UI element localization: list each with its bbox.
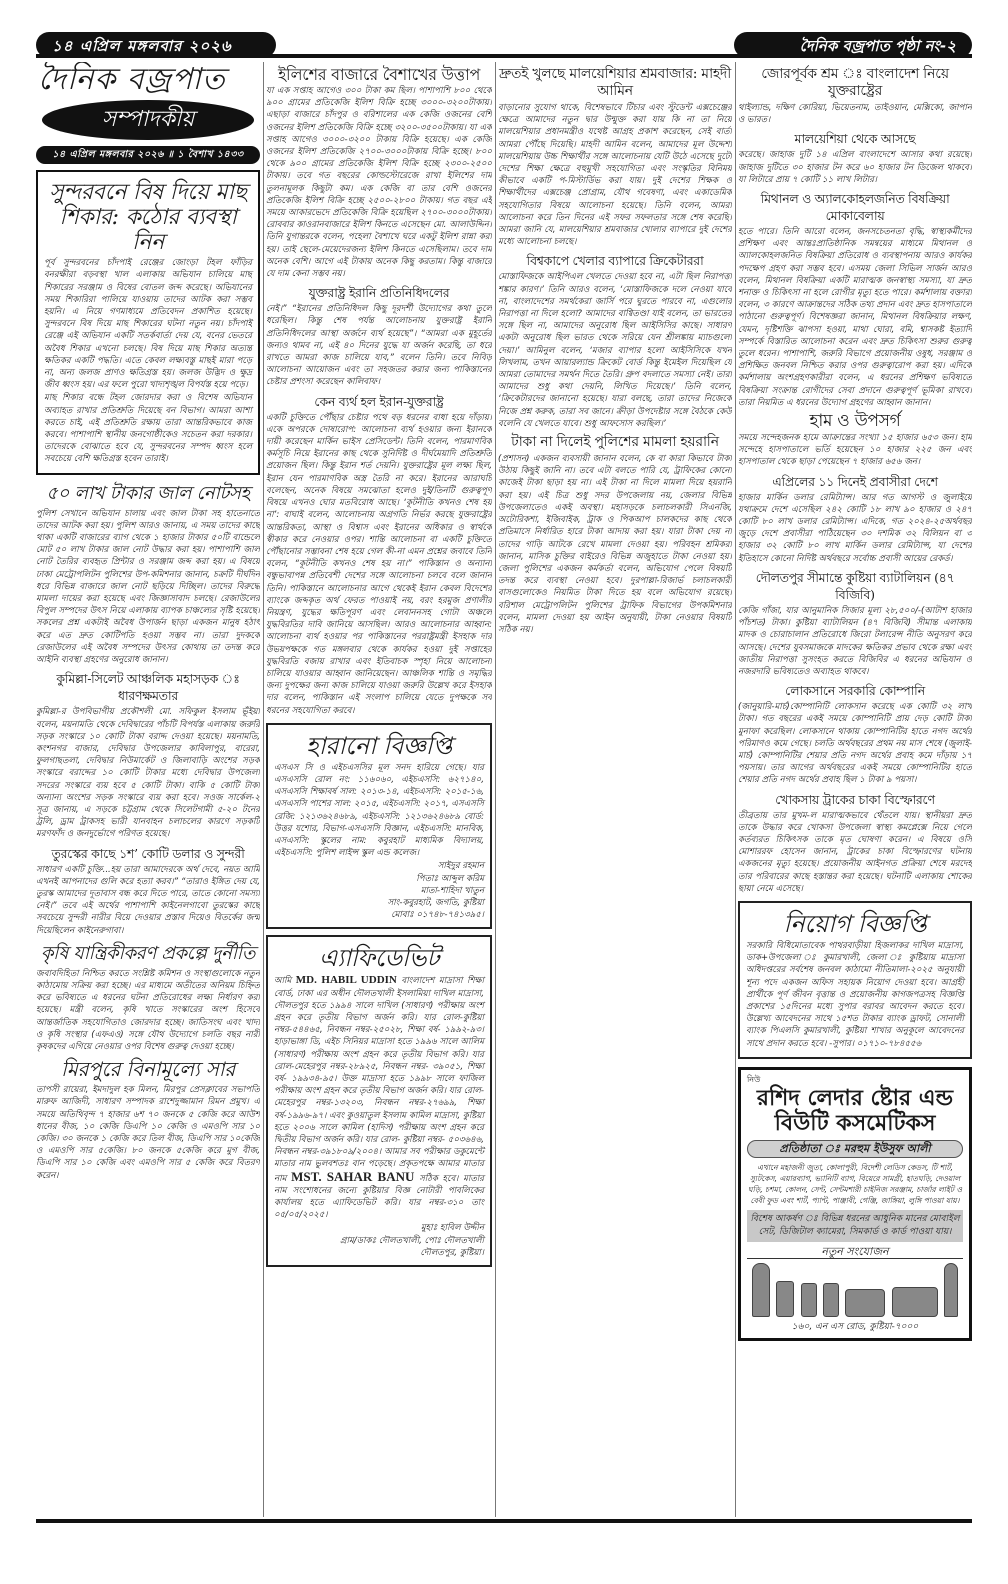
advertisement-rashid-leather: নিউ রশিদ লেদার ষ্টোর এন্ড বিউটি কসমেটিকস…	[738, 1067, 972, 1341]
article-body: যা এক সপ্তাহ আগেও ৩০০ টাকা কম ছিল। পাশাপ…	[266, 85, 492, 280]
header-page-number: দৈনিক বজ্রপাত পৃষ্ঠা নং-২	[734, 32, 972, 58]
article-body: হাজার মার্কিন ডলার রেমিট্যান্স। আর গত আগ…	[738, 492, 972, 565]
headline-forced-labour: জোরপূর্বক শ্রম ঃ বাংলাদেশ নিয়ে যুক্তরাষ…	[738, 66, 972, 100]
job-notice-body: সরকারি বিধিমোতাবেক পাথরবাড়ীয়া হিজলাকর …	[746, 940, 964, 1050]
lost-notice-box: হারানো বিজ্ঞপ্তি এসএস সি ও এইচএসসির মূল …	[266, 723, 492, 930]
article-body: পুলিশ সেখানে অভিযান চালায় এবং জাল টাকা …	[36, 508, 260, 667]
mobile-phone-icon	[823, 1283, 839, 1317]
article-body: মোস্তাফিজকে আইপিএল খেলতে দেওয়া হবে না, …	[498, 271, 732, 430]
column-divider	[495, 62, 496, 1517]
ad-new-addition: নতুন সংযোজন	[747, 1246, 963, 1259]
affidavit-box: এ্যাফিডেভিট আমি MD. HABIL UDDIN বাংলাদেশ…	[266, 935, 492, 1267]
article-body: করেছে। জাহাজ দুটি ১৪ এপ্রিল বাংলাদেশে আস…	[738, 149, 972, 186]
job-notice-box: নিয়োগ বিজ্ঞপ্তি সরকারি বিধিমোতাবেক পাথর…	[738, 901, 972, 1059]
headline-bgb: দৌলতপুর সীমান্তে কুষ্টিয়া ব্যাটালিয়ন (…	[738, 569, 972, 603]
headline-turkey: তুরস্কের কাছে ১শ’ কোটি ডলার ও সুন্দরী	[36, 845, 260, 862]
page-header: ১৪ এপ্রিল মঙ্গলবার ২০২৬ দৈনিক বজ্রপাত পৃ…	[36, 30, 972, 60]
article-body: বাড়ানোর সুযোগ থাকে, বিশেষভাবে টিচার এবং…	[498, 102, 732, 248]
column-divider	[263, 62, 264, 1517]
ad-product-list: এখানে মহাজনী জুতা, কোলাপুরী, বিদেশী লেডি…	[747, 1162, 963, 1206]
affidavit-signature: মুহাঃ হাবিল উদ্দীন গ্রাম/ডাকঃ দৌলতখালী, …	[274, 1222, 484, 1259]
headline-malaysia-diesel: মালয়েশিয়া থেকে আসছে	[738, 130, 972, 147]
column-4: জোরপূর্বক শ্রম ঃ বাংলাদেশ নিয়ে যুক্তরাষ…	[738, 62, 972, 1517]
article-body: তাপসী রায়েরা, ইমদাদুল হক মিলন, মিরপুর প…	[36, 1084, 260, 1182]
article-body: হতে পারে। তিনি আরো বলেন, জনসচেতনতা বৃদ্ধ…	[738, 226, 972, 409]
column-2: ইলিশের বাজারে বৈশাখের উত্তাপ যা এক সপ্তা…	[266, 62, 492, 1517]
article-body: (প্রশাসন) একজন ব্যবসায়ী জানান বলেন, কে …	[498, 453, 732, 636]
headline-police-harassment: টাকা না দিলেই পুলিশের মামলা হয়রানি	[498, 434, 732, 451]
person-image-icon	[752, 1263, 770, 1317]
article-body: (জানুয়ারি-মার্চ)কোম্পানিটি লোকসান করেছে…	[738, 701, 972, 786]
headline-world-cup-cricketers: বিশ্বকাপে খেলার ব্যাপারে ক্রিকেটাররা	[498, 252, 732, 269]
affidavit-mother-name: MST. SAHAR BANU	[291, 1169, 414, 1184]
headline-hilsa-market: ইলিশের বাজারে বৈশাখের উত্তাপ	[266, 66, 492, 83]
article-body: কুমিল্লা-র উপবিভাগীয় প্রকৌশলী মো. সফিকু…	[36, 706, 260, 840]
lost-notice-body: এসএস সি ও এইচএসসির মূল সনদ হারিয়ে গেছে।…	[274, 762, 484, 860]
camera-icon	[845, 1289, 885, 1317]
ad-store-name: রশিদ লেদার ষ্টোর এন্ড বিউটি কসমেটিকস	[747, 1086, 963, 1136]
article-body: থাইল্যান্ড, দক্ষিণ কোরিয়া, ভিয়েতনাম, ত…	[738, 102, 972, 126]
affidavit-body: আমি MD. HABIL UDDIN বাংলাদেশ মাদ্রাসা শি…	[274, 974, 484, 1221]
headline-truck-tyre-blast: খোকসায় ট্রাকের চাকা বিস্ফোরণে	[738, 791, 972, 808]
article-body: সময়ে সন্দেহজনক হামে আক্রান্তের সংখ্যা ১…	[738, 432, 972, 469]
mobile-phone-icon	[801, 1283, 817, 1317]
headline-iran-delegation: যুক্তরাষ্ট্র ইরানি প্রতিনিধিদলের	[266, 284, 492, 301]
headline-methanol: মিথানল ও অ্যালকোহলজনিত বিষক্রিয়া মোকাবে…	[738, 190, 972, 224]
editorial-body-end: মাছ শিকার বন্ধে টহল জোরদার করা ও বিশেষ অ…	[44, 392, 252, 465]
article-body: কেজি গাঁজা, যার আনুমানিক সিজার মূল্য ২৮,…	[738, 605, 972, 678]
affidavit-name: MD. HABIL UDDIN	[296, 974, 397, 986]
article-body: তীব্রতায় তার মুখম-ল মারাত্মকভাবে থেঁতলে…	[738, 810, 972, 895]
video-camera-icon	[892, 1287, 938, 1317]
editorial-date: ১৪ এপ্রিল মঙ্গলবার ২০২৬ ॥ ১ বৈশাখ ১৪৩৩	[36, 146, 260, 164]
article-body: একটি চুক্তিতে পৌঁছার চেষ্টার পথে বড় ধরন…	[266, 412, 492, 717]
editorial-section-label: সম্পাদকীয়	[42, 100, 254, 140]
headline-fake-notes: ৫০ লাখ টাকার জাল নোটসহ	[36, 481, 260, 506]
headline-measles: হাম ও উপসর্গ	[738, 413, 972, 430]
headline-comilla-highway: কুমিল্লা-সিলেট আঞ্চলিক মহাসড়ক ঃ ধারণক্ষ…	[36, 670, 260, 704]
article-body: নেই।” “ইরানের প্রতিনিধিদল কিছু দূরদর্শী …	[266, 303, 492, 388]
headline-mirpur-fertilizer: মিরপুরে বিনামূল্যে সার	[36, 1057, 260, 1082]
headline-malaysia-labour: দ্রুতই খুলছে মালয়েশিয়ার শ্রমবাজার: মাহ…	[498, 66, 732, 100]
column-divider	[735, 62, 736, 1517]
headline-remittance: এপ্রিলের ১১ দিনেই প্রবাসীরা দেশে	[738, 473, 972, 490]
headline-govt-company-loss: লোকসানে সরকারি কোম্পানি	[738, 682, 972, 699]
job-notice-title: নিয়োগ বিজ্ঞপ্তি	[746, 910, 964, 938]
affidavit-title: এ্যাফিডেভিট	[274, 944, 484, 972]
ad-address: ১৬০, এন এস রোড, কুষ্টিয়া-৭০০০	[747, 1321, 963, 1333]
ad-founder: প্রতিষ্ঠাতা ঃ মরহুম ইউসুফ আলী	[747, 1140, 963, 1158]
editorial-body: পূর্ব সুন্দরবনের চাঁদপাই রেঞ্জের জোংড়া …	[44, 257, 252, 391]
ad-product-images	[747, 1261, 963, 1319]
masthead-title: দৈনিক বজ্রপাত	[36, 62, 260, 98]
column-3: দ্রুতই খুলছে মালয়েশিয়ার শ্রমবাজার: মাহ…	[498, 62, 732, 1517]
person-image-icon	[944, 1263, 958, 1317]
ad-special-offer: বিশেষ আকর্ষণ ঃ বিভিন্ন ধরনের আধুনিক মানে…	[747, 1210, 963, 1242]
editorial-headline: সুন্দরবনে বিষ দিয়ে মাছ শিকার: কঠোর ব্যব…	[44, 180, 252, 255]
mobile-phone-icon	[776, 1281, 794, 1317]
column-1: দৈনিক বজ্রপাত সম্পাদকীয় ১৪ এপ্রিল মঙ্গল…	[36, 62, 260, 1512]
editorial-box: সুন্দরবনে বিষ দিয়ে মাছ শিকার: কঠোর ব্যব…	[36, 170, 260, 474]
header-date: ১৪ এপ্রিল মঙ্গলবার ২০২৬	[36, 32, 276, 58]
article-body: সাধারণ একটি চুক্তি...হয় তারা আমাদেরকে অ…	[36, 864, 260, 937]
footer-rule	[36, 1519, 972, 1523]
article-body: জবাবদিহিতা নিশ্চিত করতে সংশ্লিষ্ট কমিশন …	[36, 968, 260, 1053]
headline-iran-us-failure: কেন ব্যর্থ হল ইরান-যুক্তরাষ্ট্র	[266, 393, 492, 410]
lost-notice-signature: সাইদুর রহমান পিতাঃ আব্দুল করিম মাতা-শাহি…	[274, 860, 484, 921]
headline-agri-corruption: কৃষি যান্ত্রিকীকরণ প্রকল্পে দুর্নীতি	[36, 941, 260, 966]
lost-notice-title: হারানো বিজ্ঞপ্তি	[274, 732, 484, 760]
